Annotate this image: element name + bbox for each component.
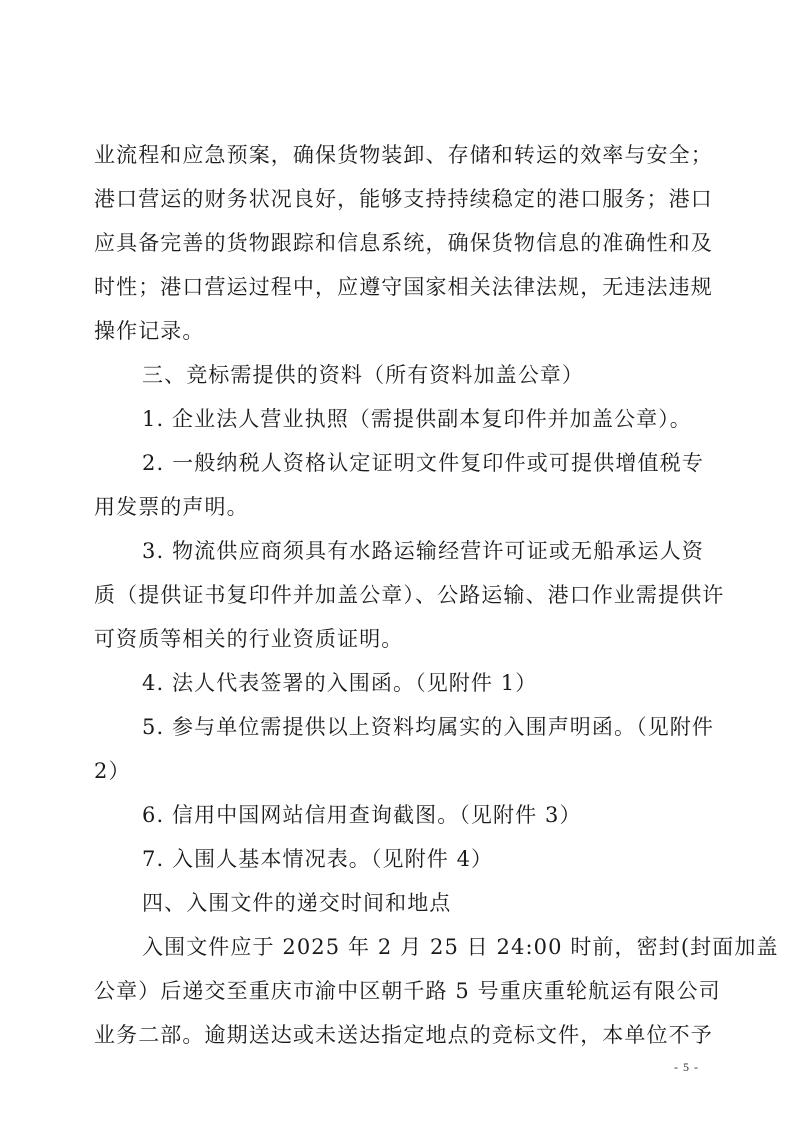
list-item-2: 2. 一般纳税人资格认定证明文件复印件或可提供增值税专 (142, 450, 704, 476)
list-item-6: 6. 信用中国网站信用查询截图。（见附件 3） (142, 802, 752, 828)
list-item-3: 3. 物流供应商须具有水路运输经营许可证或无船承运人资 (142, 538, 704, 564)
paragraph-line: 操作记录。 (94, 318, 704, 344)
list-item-5: 5. 参与单位需提供以上资料均属实的入围声明函。（见附件 (142, 714, 704, 740)
paragraph-line: 时性；港口营运过程中，应遵守国家相关法律法规，无违法违规 (94, 274, 704, 300)
paragraph-line: 业流程和应急预案，确保货物装卸、存储和转运的效率与安全； (94, 142, 704, 168)
paragraph-line: 业务二部。逾期送达或未送达指定地点的竞标文件，本单位不予 (94, 1022, 704, 1048)
list-item-7: 7. 入围人基本情况表。（见附件 4） (142, 846, 752, 872)
list-item-4: 4. 法人代表签署的入围函。（见附件 1） (142, 670, 752, 696)
list-item-1: 1. 企业法人营业执照（需提供副本复印件并加盖公章）。 (142, 406, 752, 432)
list-item-3-cont: 质（提供证书复印件并加盖公章）、公路运输、港口作业需提供许 (94, 582, 704, 608)
paragraph-line: 应具备完善的货物跟踪和信息系统，确保货物信息的准确性和及 (94, 230, 704, 256)
section-heading-3: 三、竞标需提供的资料（所有资料加盖公章） (142, 362, 752, 388)
list-item-5-cont: 2） (94, 758, 704, 784)
page-number: - 5 - (674, 1060, 699, 1075)
list-item-3-cont: 可资质等相关的行业资质证明。 (94, 626, 704, 652)
list-item-2-cont: 用发票的声明。 (94, 494, 704, 520)
section-heading-4: 四、入围文件的递交时间和地点 (142, 890, 752, 916)
paragraph-line: 入围文件应于 2025 年 2 月 25 日 24:00 时前，密封(封面加盖 (142, 934, 704, 960)
document-page: 业流程和应急预案，确保货物装卸、存储和转运的效率与安全； 港口营运的财务状况良好… (0, 0, 793, 1122)
paragraph-line: 公章）后递交至重庆市渝中区朝千路 5 号重庆重轮航运有限公司 (94, 978, 704, 1004)
paragraph-line: 港口营运的财务状况良好，能够支持持续稳定的港口服务；港口 (94, 186, 704, 212)
